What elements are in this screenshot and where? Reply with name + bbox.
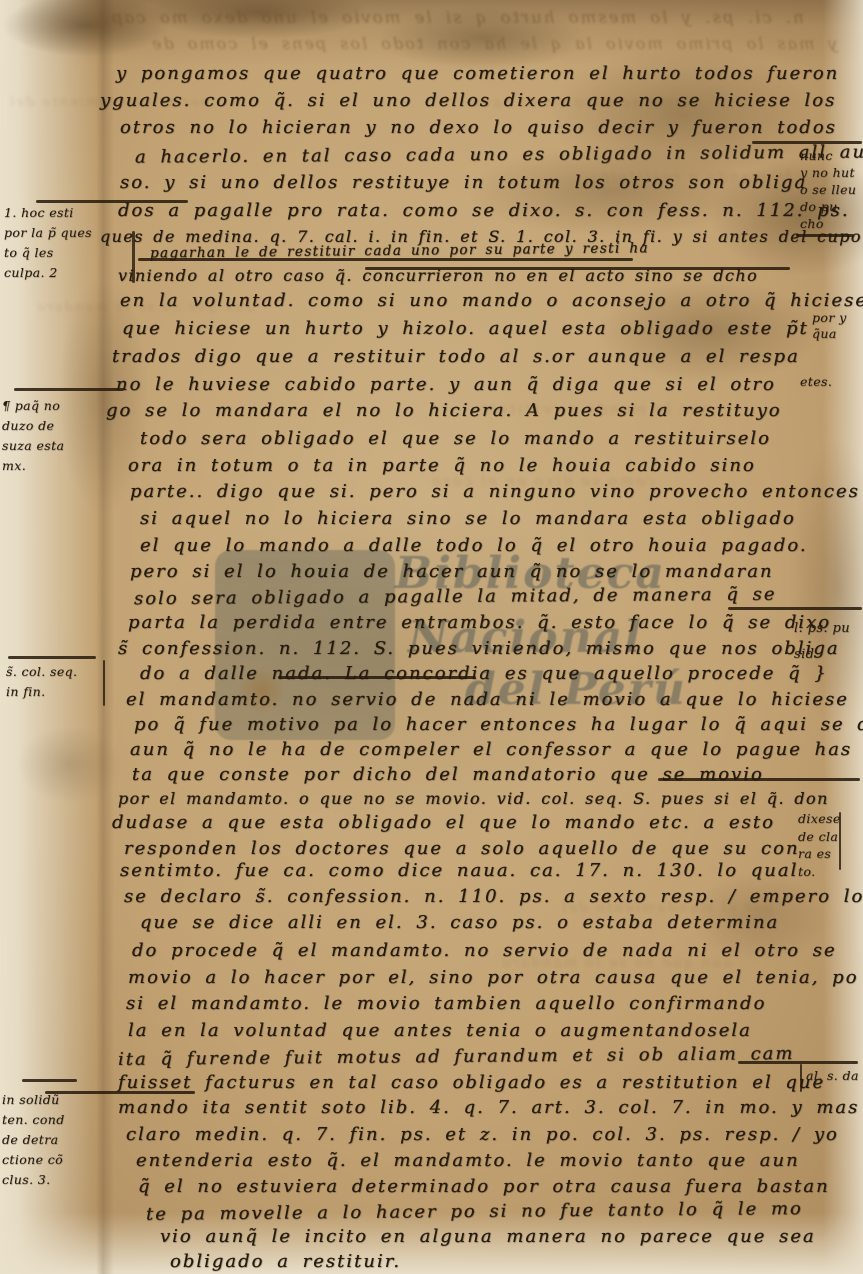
margin-note-line: in fin. (6, 682, 77, 702)
margin-note-line: ra es (798, 845, 841, 863)
manuscript-line: si aquel no lo hiciera sino se lo mandar… (140, 508, 796, 529)
margin-note-left: 1. hoc esti por la p̃ ques to q̃ les cul… (4, 203, 92, 283)
margin-note-right: etes. (800, 372, 832, 392)
manuscript-line: el mandamto. no servio de nada ni le mov… (126, 689, 849, 710)
margin-note-line: 1. hoc esti (4, 203, 92, 223)
manuscript-line: en la voluntad. como si uno mando o acon… (120, 290, 863, 311)
margin-note-line: ctione cõ (2, 1150, 65, 1170)
manuscript-line: a hacerlo. en tal caso cada uno es oblig… (135, 141, 863, 167)
underline (45, 1091, 195, 1094)
ink-bracket (132, 231, 135, 283)
manuscript-line: fuisset facturus en tal caso obligado es… (118, 1072, 825, 1093)
margin-note-line: o se lleu (800, 182, 856, 199)
manuscript-line: el que lo mando a dalle todo lo q̃ el ot… (140, 535, 808, 556)
manuscript-line: dudase a que esta obligado el que lo man… (112, 812, 775, 833)
manuscript-line: solo sera obligado a pagalle la mitad, d… (134, 584, 777, 609)
margin-note-line: ten. cond (2, 1110, 65, 1130)
margin-note-line: dixese (798, 810, 841, 828)
ink-rule (36, 200, 188, 203)
margin-note-left: s̃. col. seq. in fin. (6, 662, 77, 702)
manuscript-line: go se lo mandara el no lo hiciera. A pue… (106, 400, 782, 421)
margin-note-line: de cla (798, 828, 841, 846)
ink-rule (738, 1061, 858, 1064)
margin-note-line: sid (794, 642, 850, 668)
margin-note-right: l. ps. pu sid (794, 616, 850, 668)
manuscript-line: do procede q̃ el mandamto. no servio de … (132, 940, 837, 961)
manuscript-line: yguales. como q̃. si el uno dellos dixer… (100, 90, 836, 111)
manuscript-line: ta que conste por dicho del mandatorio q… (132, 764, 764, 785)
ink-rule (8, 656, 96, 659)
manuscript-line: po q̃ fue motivo pa lo hacer entonces ha… (134, 714, 863, 735)
manuscript-line: que hiciese un hurto y hizolo. aquel est… (122, 318, 809, 339)
manuscript-line: y pongamos que quatro que cometieron el … (116, 63, 839, 84)
manuscript-page: n. ci. ps. y lo mesmo hurto q si le movi… (0, 0, 863, 1274)
manuscript-line: movio a lo hacer por el, sino por otra c… (128, 967, 859, 988)
manuscript-line: mando ita sentit soto lib. 4. q. 7. art.… (118, 1097, 859, 1118)
margin-note-right: al. s. da (806, 1066, 859, 1086)
margin-note-line: de detra (2, 1130, 65, 1150)
manuscript-line: ora in totum o ta in parte q̃ no le houi… (128, 455, 756, 476)
ink-rule (752, 141, 862, 144)
margin-note-line: s̃. col. seq. (6, 662, 77, 682)
ink-bracket (103, 660, 105, 706)
manuscript-line: q̃ el no estuviera determinado por otra … (138, 1176, 830, 1197)
margin-note-right: por y q̃ua (812, 310, 847, 343)
manuscript-line: no le huviese cabido parte. y aun q̃ dig… (116, 374, 776, 395)
manuscript-line: otros no lo hicieran y no dexo lo quiso … (120, 117, 837, 138)
ink-rule (658, 778, 860, 781)
margin-note-line: mx. (2, 456, 64, 476)
margin-note-right: dixese de cla ra es to. (798, 810, 841, 880)
margin-note-line: por y (812, 310, 847, 326)
margin-note-left: in solidũ ten. cond de detra ctione cõ c… (2, 1090, 65, 1190)
manuscript-line: todo sera obligado el que se lo mando a … (140, 428, 771, 449)
manuscript-line: parta la perdida entre entrambos. q̃. es… (128, 612, 831, 633)
manuscript-line: ita q̃ furende fuit motus ad furandum et… (118, 1043, 795, 1070)
manuscript-line: s̃ confession. n. 112. S. pues viniendo,… (118, 638, 840, 659)
margin-note-line: etes. (800, 372, 832, 392)
manuscript-line: dos a pagalle pro rata. como se dixo. s.… (118, 200, 850, 221)
manuscript-line: sentimto. fue ca. como dice naua. ca. 17… (120, 860, 798, 881)
margin-note-line: duzo de (2, 416, 64, 436)
margin-note-line: y no hut (800, 165, 856, 182)
manuscript-line: responden los doctores que a solo aquell… (124, 838, 800, 859)
manuscript-line: parte.. digo que si. pero si a ninguno v… (130, 481, 860, 502)
underline (796, 234, 854, 237)
margin-note-line: q̃ua (812, 326, 847, 342)
ink-bracket (839, 812, 841, 870)
manuscript-line: do a dalle nada. La concordia es que aqu… (140, 663, 828, 684)
underline (138, 258, 633, 261)
margin-note-line: por la p̃ ques (4, 223, 92, 243)
margin-note-line: al. s. da (806, 1066, 859, 1086)
manuscript-line: te pa movelle a lo hacer po si no fue ta… (146, 1198, 803, 1225)
margin-note-line: suza esta (2, 436, 64, 456)
manuscript-line: claro medin. q. 7. fin. ps. et z. in po.… (126, 1124, 839, 1145)
margin-note-line: clus. 3. (2, 1170, 65, 1190)
margin-note-line: nunc (800, 148, 856, 165)
ink-rule (14, 388, 124, 391)
manuscript-line: obligado a restituir. (170, 1251, 401, 1272)
manuscript-line: que se dice alli en el. 3. caso ps. o es… (140, 912, 779, 933)
margin-note-line: to q̃ les (4, 243, 92, 263)
margin-note-line: cho (800, 216, 856, 233)
manuscript-line: vio aunq̃ le incito en alguna manera no … (160, 1226, 816, 1247)
manuscript-line: la en la voluntad que antes tenia o augm… (128, 1020, 752, 1041)
manuscript-line: entenderia esto q̃. el mandamto. le movi… (136, 1150, 800, 1171)
manuscript-line: so. y si uno dellos restituye in totum l… (120, 172, 807, 193)
bleedthrough-line: n. ci. ps. y lo mesmo hurto q si le movi… (110, 8, 804, 27)
margin-note-line: ¶ paq̃ no (2, 396, 64, 416)
manuscript-line: trados digo que a restituir todo al s.or… (112, 346, 800, 367)
margin-note-line: do pu (800, 199, 856, 216)
manuscript-line: pero si el lo houia de hacer aun q̃ no s… (130, 561, 774, 582)
margin-note-line: culpa. 2 (4, 263, 92, 283)
bleedthrough-line: y mas lo primo movio la q le ha con todo… (150, 34, 837, 53)
manuscript-line: si el mandamto. le movio tambien aquello… (126, 993, 766, 1014)
manuscript-line: por el mandamto. o que no se movio. vid.… (118, 789, 829, 808)
manuscript-line: se declaro s̃. confession. n. 110. ps. a… (124, 886, 863, 907)
ink-rule (728, 607, 862, 610)
underline (278, 676, 476, 679)
margin-note-right: nunc y no hut o se lleu do pu cho (800, 148, 856, 232)
margin-note-line: to. (798, 863, 841, 881)
underline (365, 267, 790, 270)
margin-note-left: ¶ paq̃ no duzo de suza esta mx. (2, 396, 64, 476)
margin-note-line: l. ps. pu (794, 616, 850, 642)
ink-rule (22, 1079, 77, 1082)
manuscript-line: aun q̃ no le ha de compeler el confessor… (130, 739, 852, 760)
ink-bracket (800, 1064, 802, 1092)
